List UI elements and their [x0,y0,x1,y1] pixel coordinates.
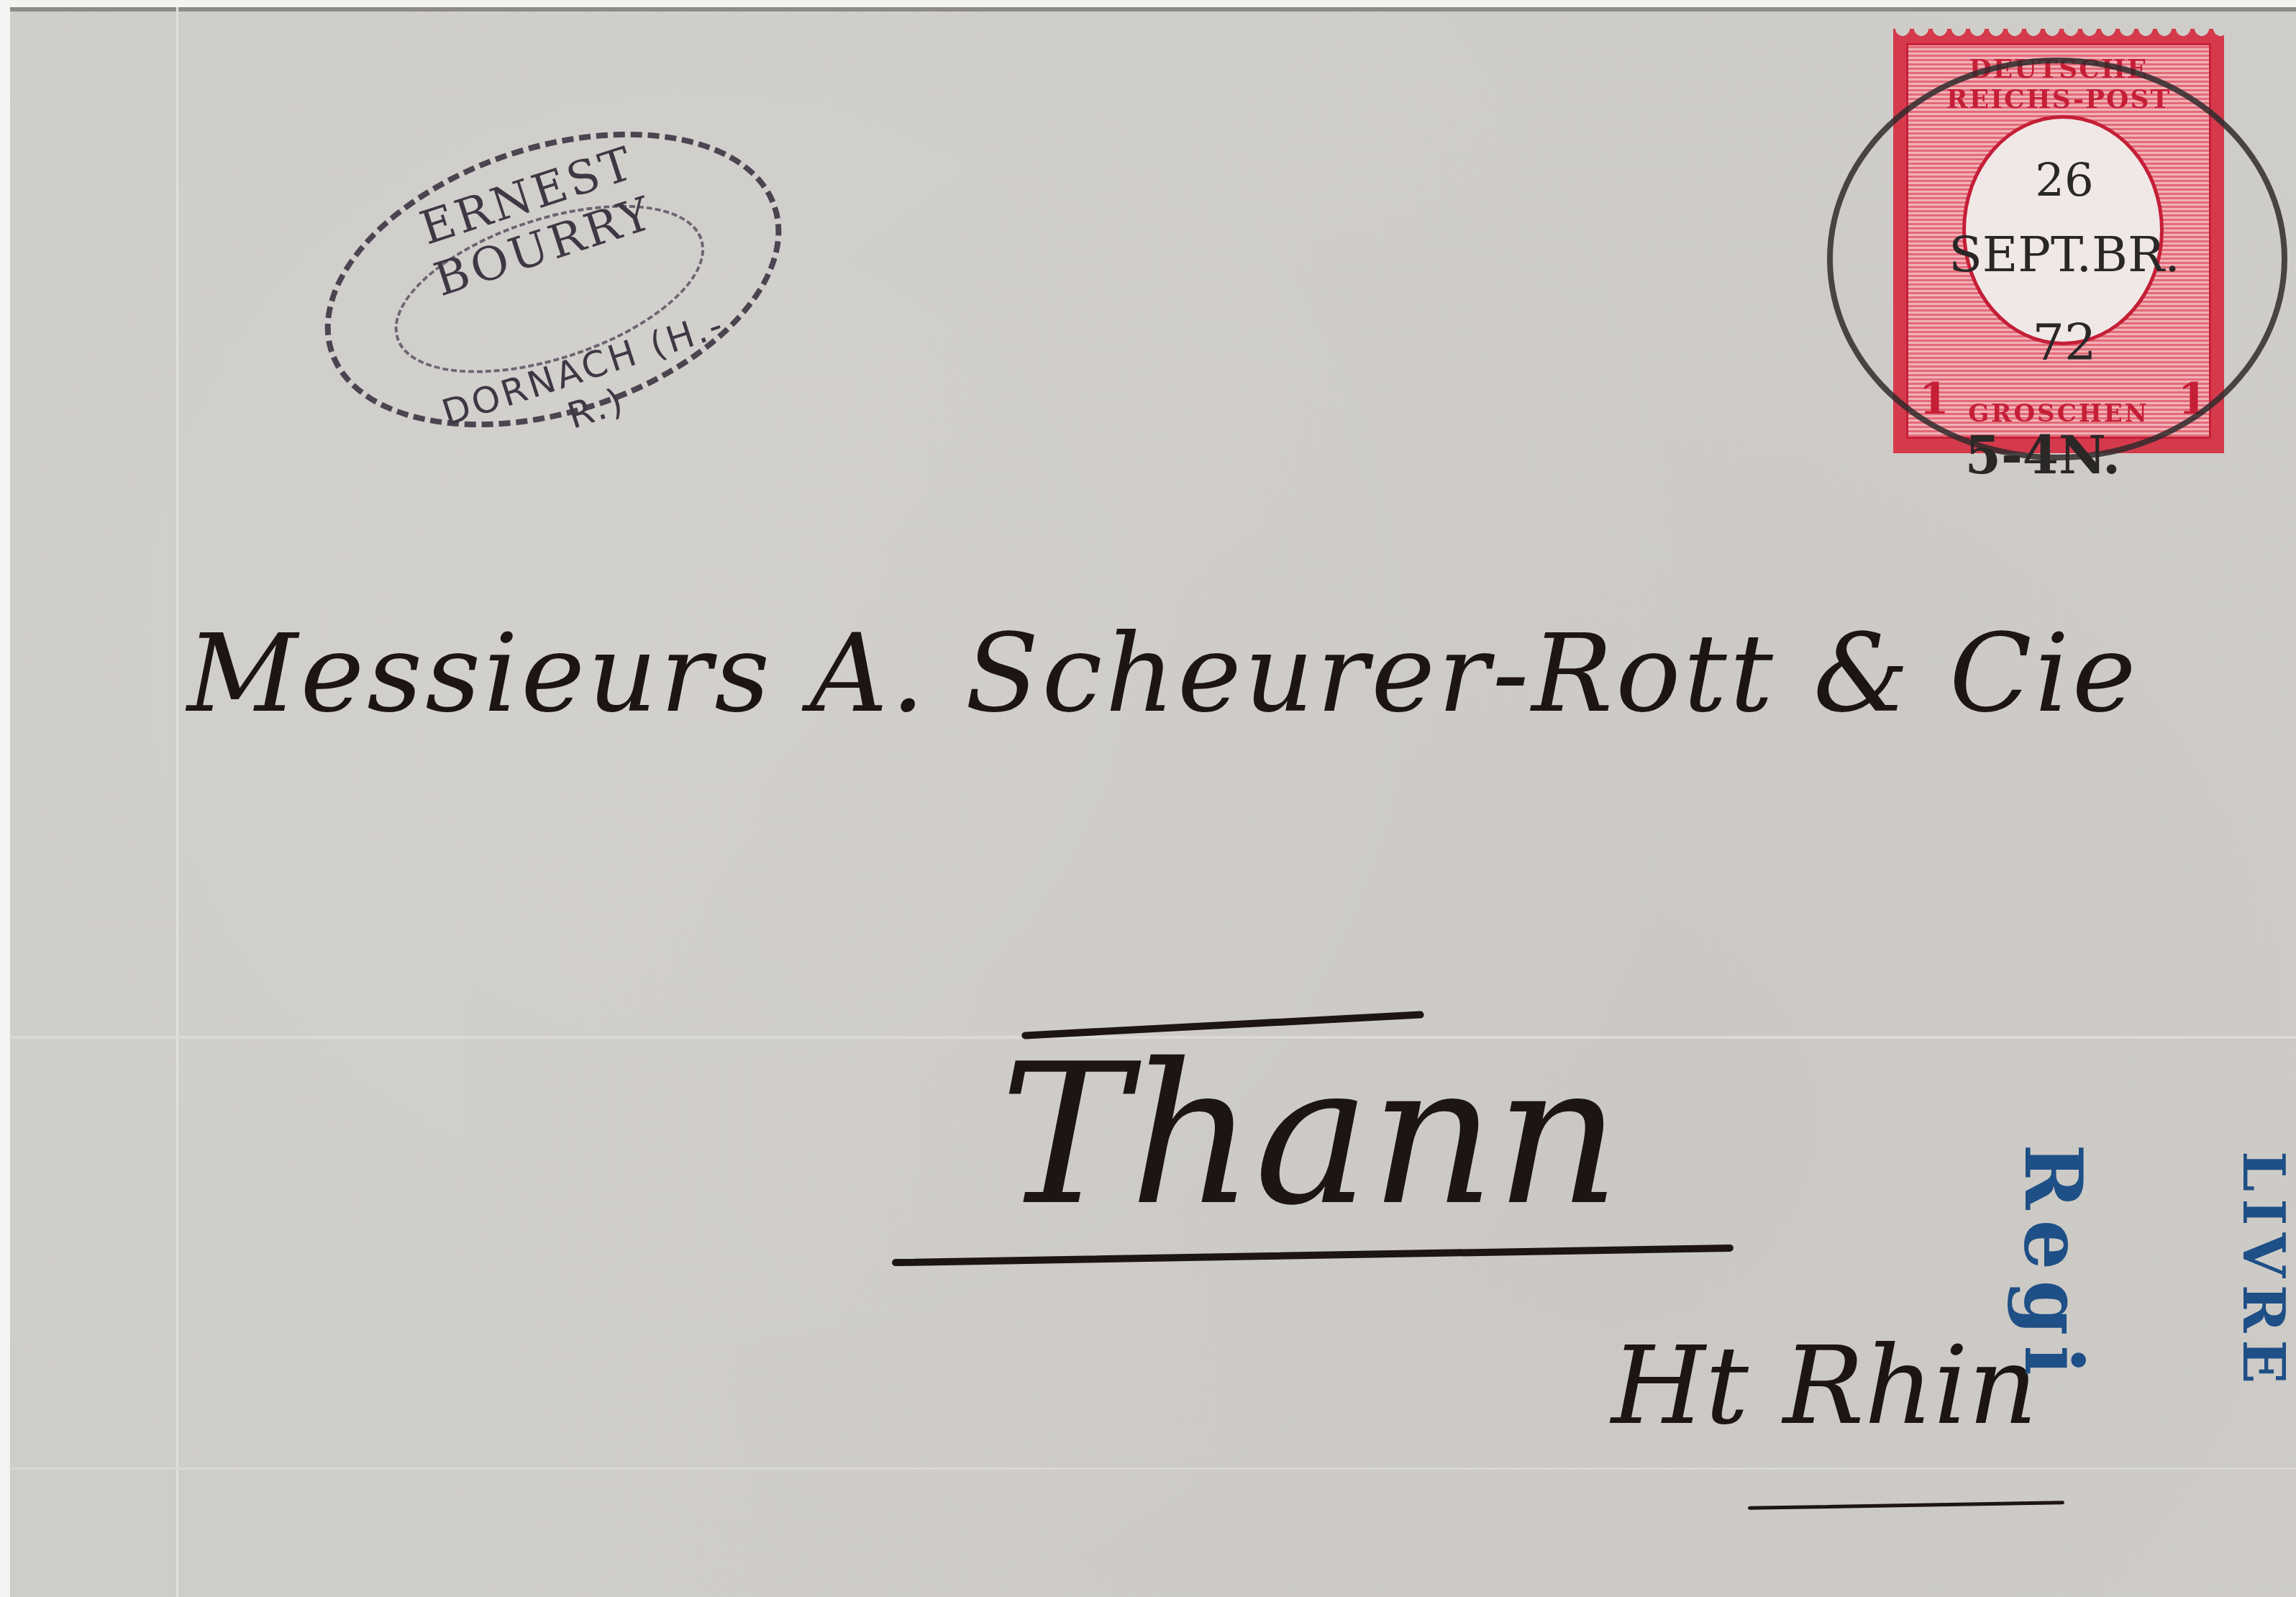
cover-top-edge [10,7,2296,12]
postmark-day: 26 [2007,155,2122,208]
address-recipient: Messieurs A. Scheurer-Rott & Cie [187,611,2139,737]
bottom-fold [10,1468,2296,1470]
address-city: Thann [1000,1022,1621,1248]
registration-cachet: Regi [2007,1144,2100,1386]
vertical-fold [176,7,178,1597]
postmark-time: 5-4N. [1935,424,2151,486]
address-region: Ht Rhin [1611,1324,2038,1449]
postmark-year: 72 [2007,313,2122,372]
edge-cachet: LIVRE [2230,1151,2296,1391]
postmark-month: SEPT.BR. [1935,227,2194,283]
